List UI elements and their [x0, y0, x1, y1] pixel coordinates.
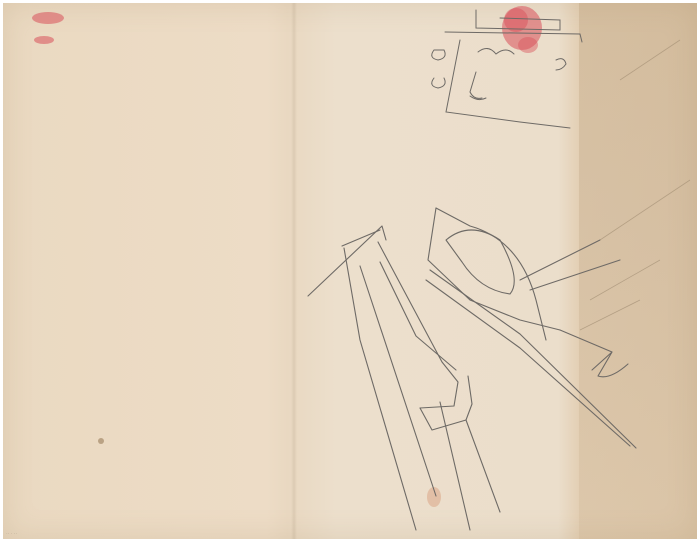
- pencil-drawing: [0, 0, 700, 542]
- red-stain-top-left: [32, 12, 64, 44]
- small-stain-bottom: [98, 438, 441, 507]
- abstract-figure-sketch: [308, 208, 636, 530]
- faint-shading-strokes: [580, 40, 690, 330]
- corner-note: ·· · ··: [6, 531, 17, 537]
